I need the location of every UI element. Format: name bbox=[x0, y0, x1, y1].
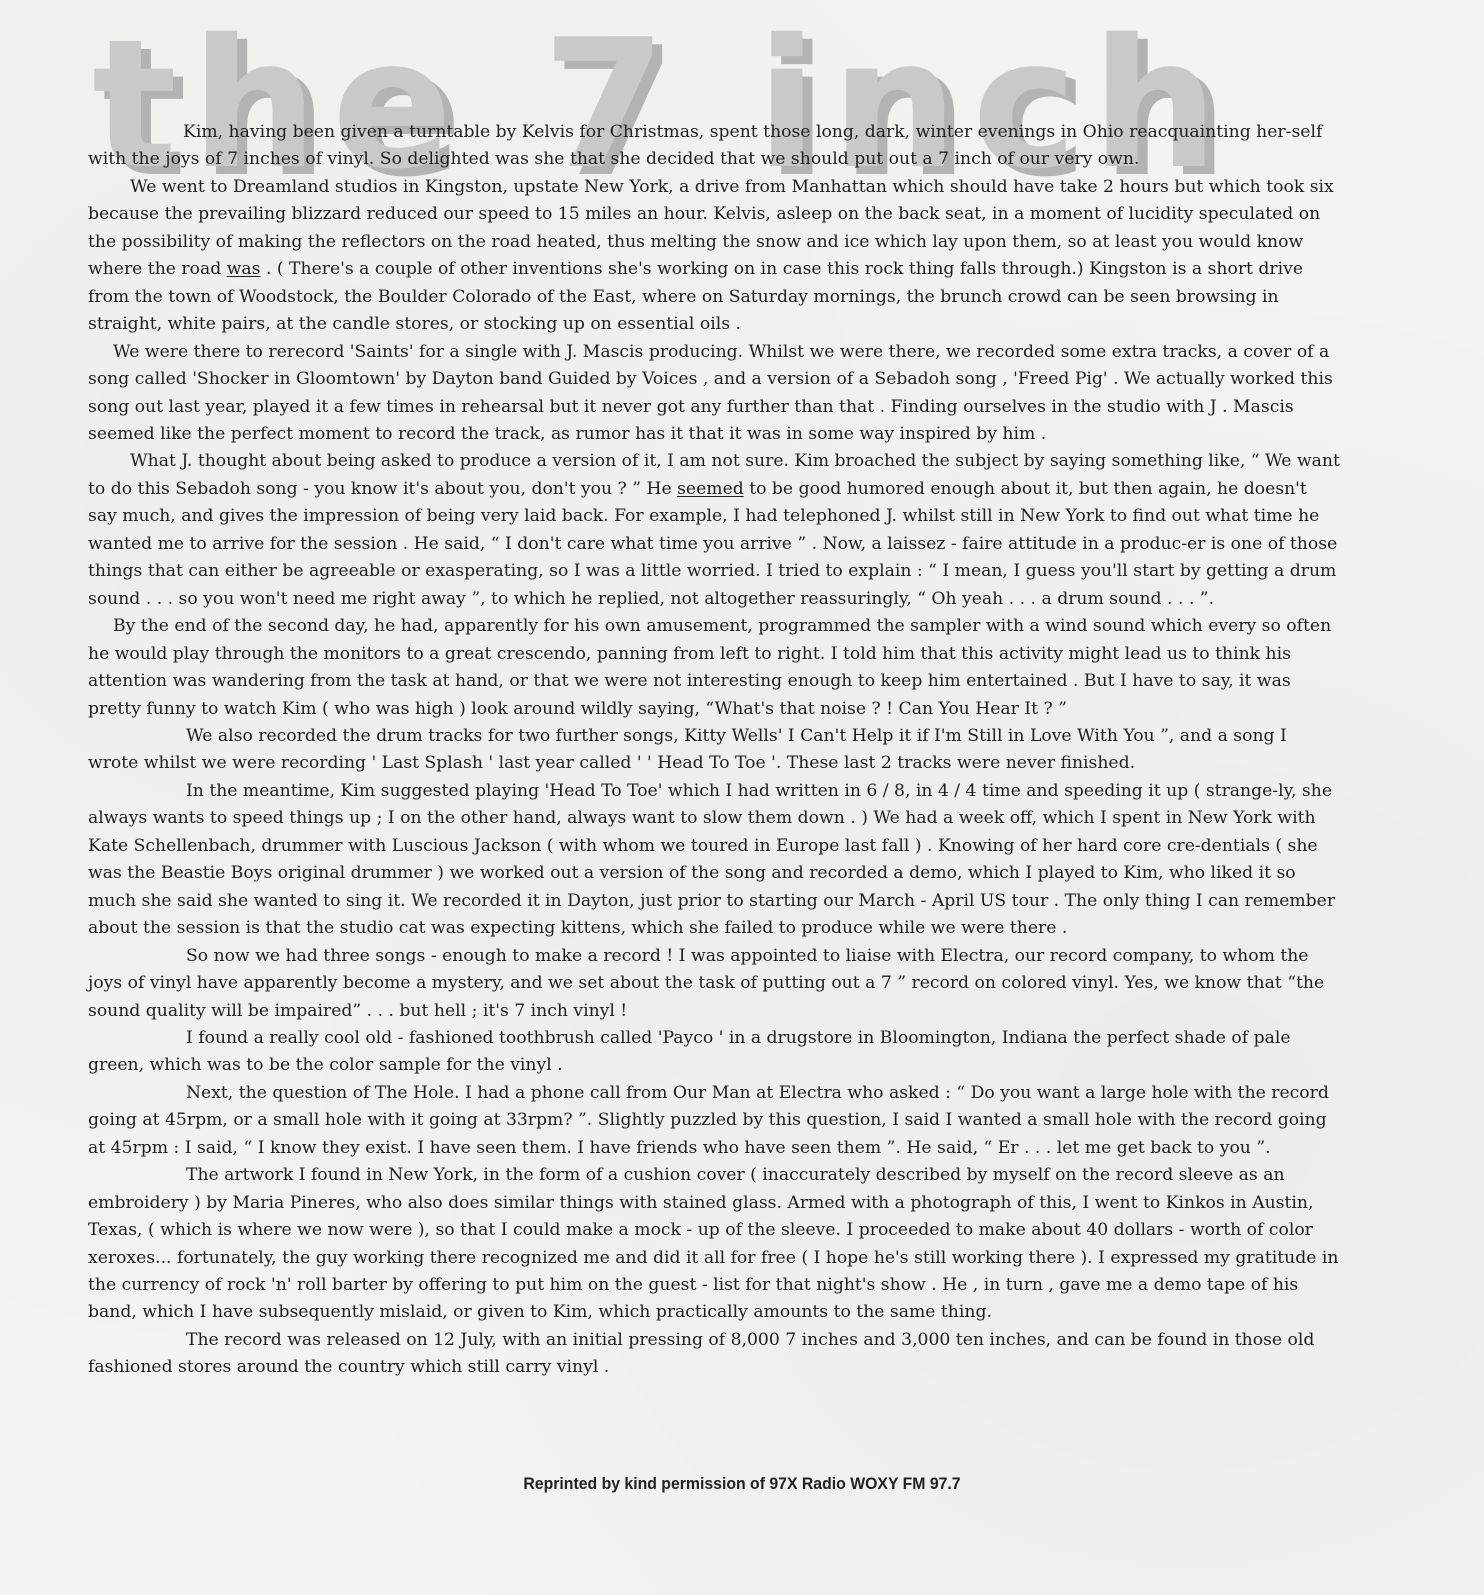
article-body: Kim, having been given a turntable by Ke… bbox=[88, 119, 1340, 1382]
paragraph-1: Kim, having been given a turntable by Ke… bbox=[88, 119, 1340, 174]
paragraph-9: I found a really cool old - fashioned to… bbox=[88, 1025, 1340, 1080]
paragraph-4: What J. thought about being asked to pro… bbox=[88, 448, 1340, 613]
paragraph-10: Next, the question of The Hole. I had a … bbox=[88, 1080, 1340, 1162]
paragraph-6: We also recorded the drum tracks for two… bbox=[88, 723, 1340, 778]
underlined-word-was: was bbox=[227, 259, 261, 279]
paragraph-7: In the meantime, Kim suggested playing '… bbox=[88, 778, 1340, 943]
paragraph-5: By the end of the second day, he had, ap… bbox=[88, 613, 1340, 723]
paragraph-8: So now we had three songs - enough to ma… bbox=[88, 943, 1340, 1025]
paragraph-2: We went to Dreamland studios in Kingston… bbox=[88, 174, 1340, 339]
paragraph-11: The artwork I found in New York, in the … bbox=[88, 1162, 1340, 1327]
reprint-credit: Reprinted by kind permission of 97X Radi… bbox=[52, 1474, 1432, 1494]
paragraph-2-text-b: . ( There's a couple of other inventions… bbox=[88, 259, 1303, 334]
underlined-word-seemed: seemed bbox=[677, 479, 744, 499]
paragraph-12: The record was released on 12 July, with… bbox=[88, 1327, 1340, 1382]
paragraph-3: We were there to rerecord 'Saints' for a… bbox=[88, 339, 1340, 449]
